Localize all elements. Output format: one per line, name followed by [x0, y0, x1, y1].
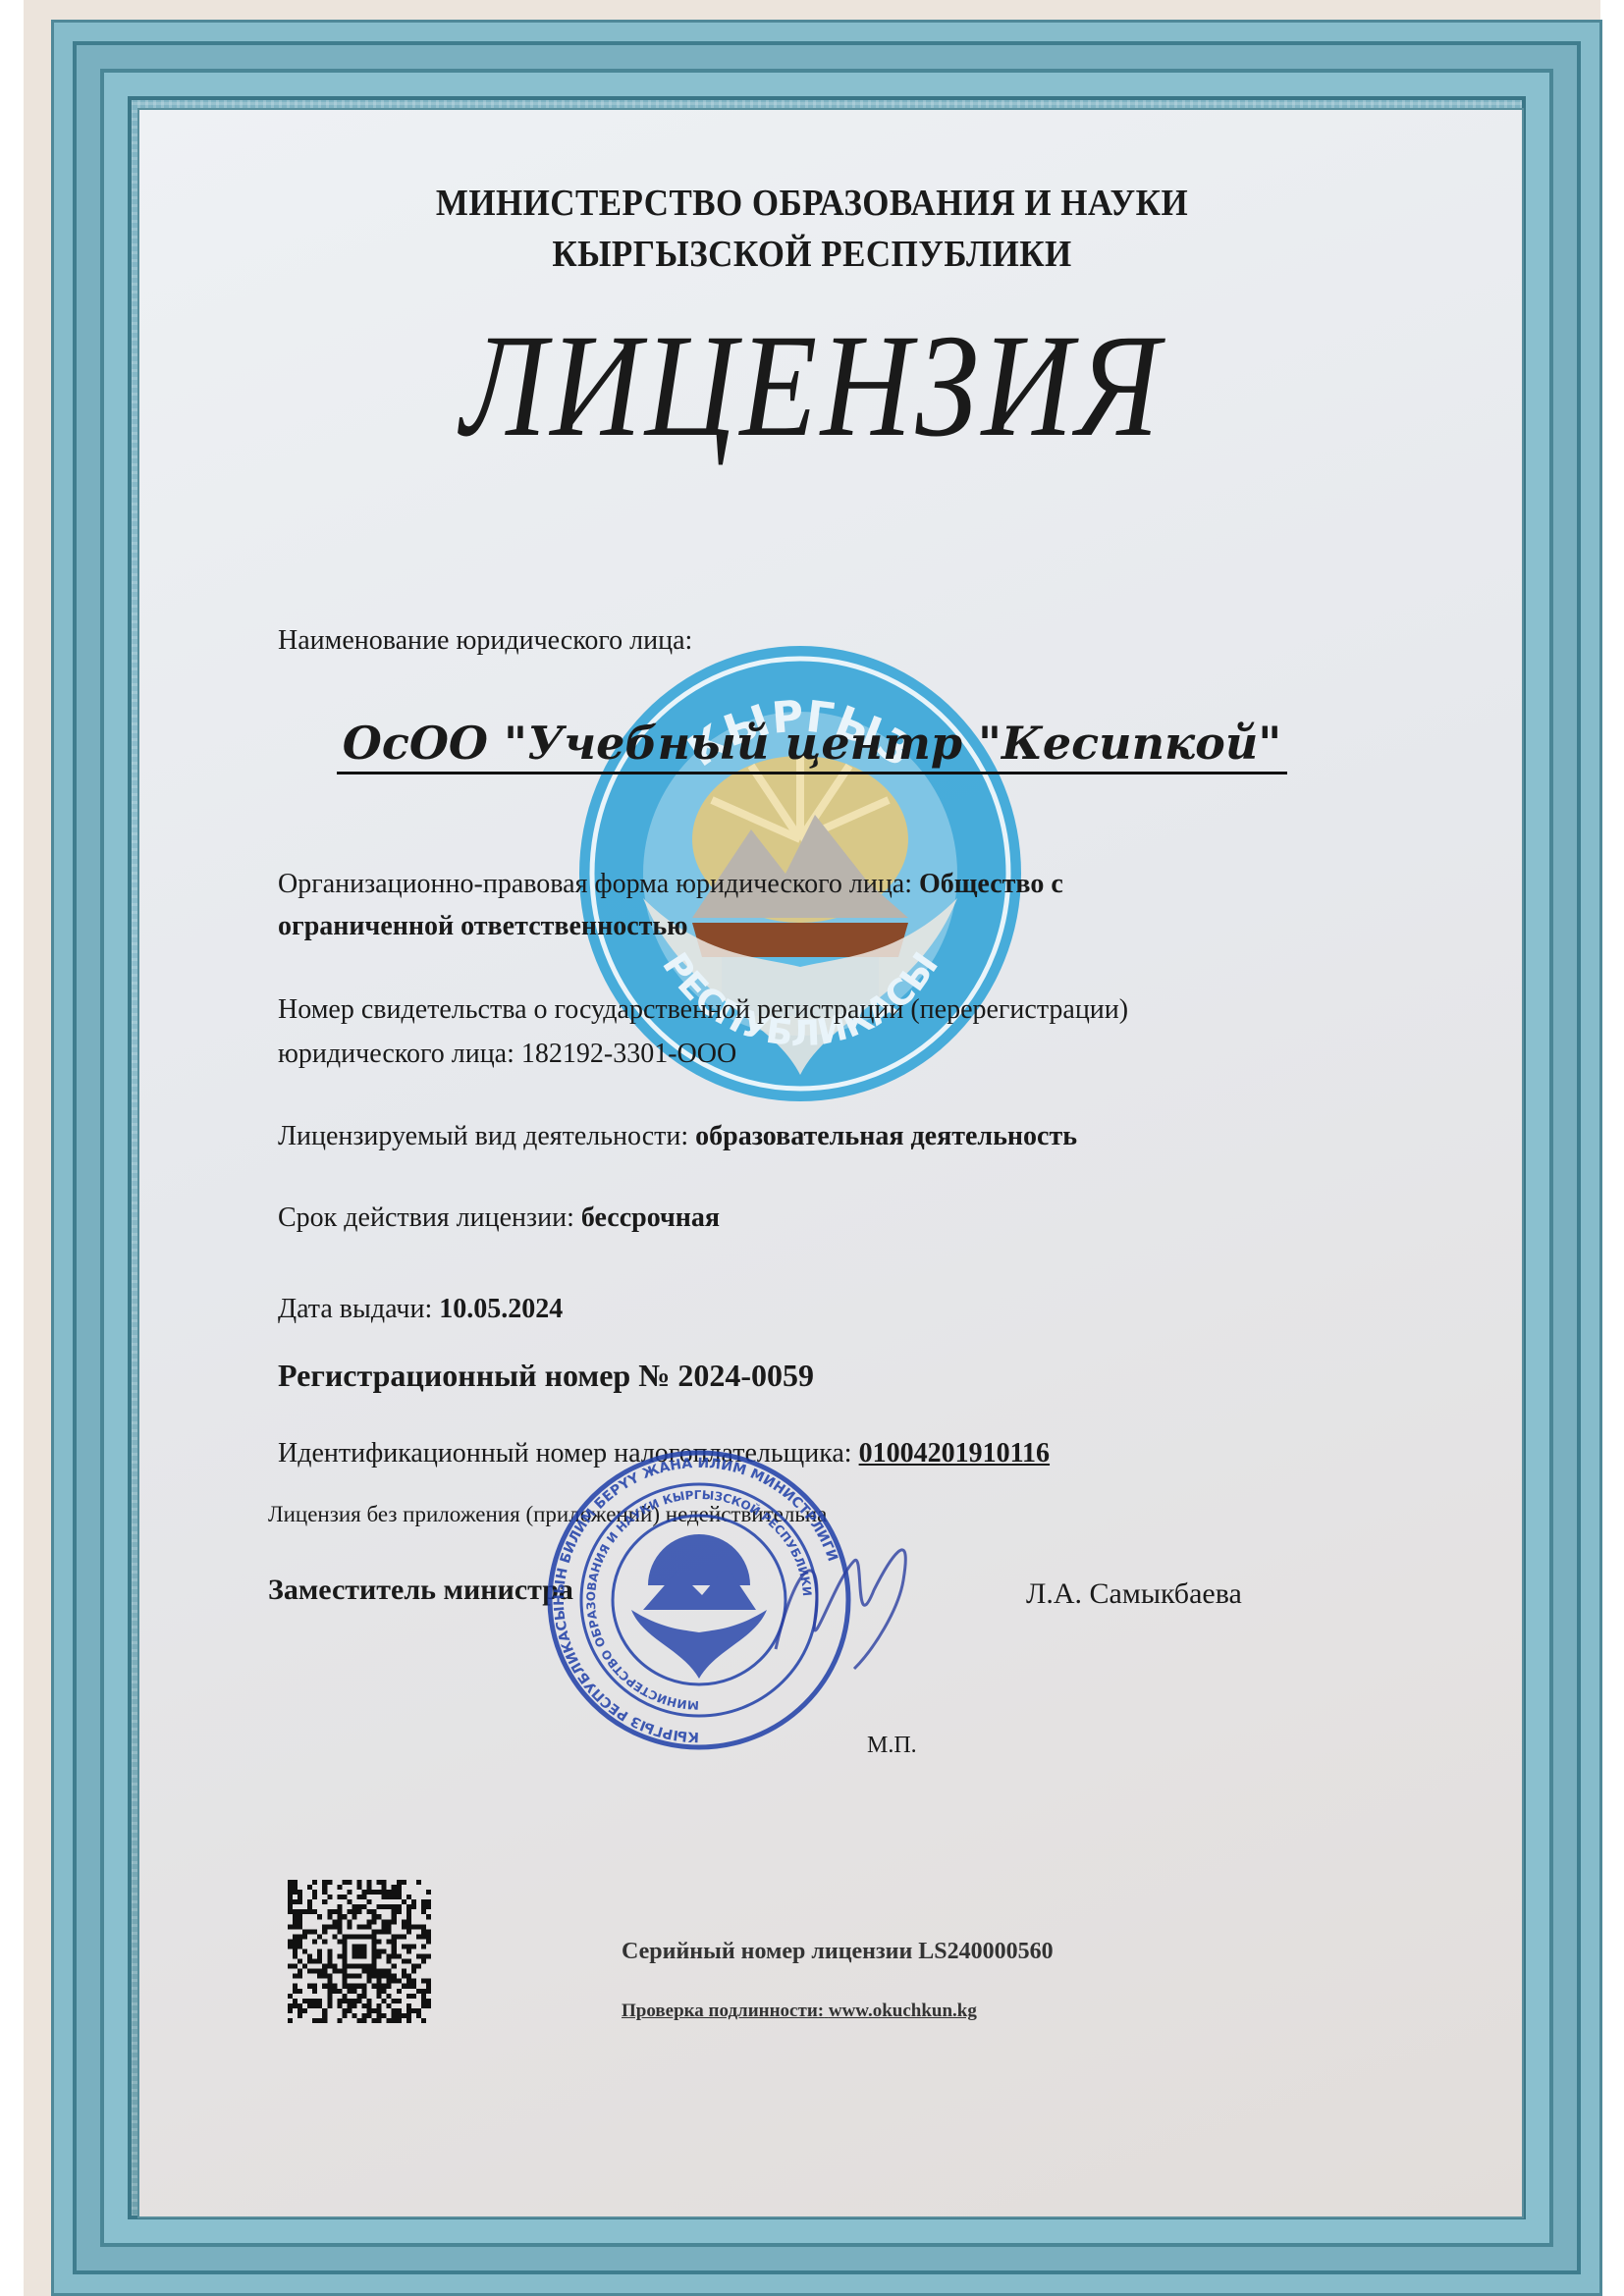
qr-code-icon[interactable]	[288, 1880, 431, 2023]
signatory-name: Л.А. Самыкбаева	[1026, 1577, 1242, 1611]
activity-row: Лицензируемый вид деятельности: образова…	[278, 1121, 1077, 1152]
signatory-position: Заместитель министра	[268, 1574, 573, 1607]
validity-value: бессрочная	[581, 1202, 720, 1233]
validity-label: Срок действия лицензии:	[278, 1202, 574, 1233]
stamp-place-label: М.П.	[867, 1733, 917, 1759]
registration-cert-row: юридического лица: 182192-3301-ООО	[278, 1039, 736, 1070]
issue-date-value: 10.05.2024	[439, 1294, 563, 1324]
serial-value: LS240000560	[918, 1939, 1053, 1964]
legal-form-value: Общество с	[919, 869, 1063, 899]
issue-date-label: Дата выдачи:	[278, 1294, 432, 1324]
registration-cert-value: 182192-3301-ООО	[521, 1039, 736, 1069]
legal-form-row: Организационно-правовая форма юридическо…	[278, 869, 1063, 900]
document-title: ЛИЦЕНЗИЯ	[114, 312, 1510, 459]
verify-link[interactable]: www.okuchkun.kg	[829, 2001, 977, 2021]
serial-row: Серийный номер лицензии LS240000560	[622, 1939, 1054, 1965]
legal-form-label: Организационно-правовая форма юридическо…	[278, 869, 912, 899]
reg-number-label: Регистрационный номер №	[278, 1358, 670, 1393]
activity-value: образовательная деятельность	[695, 1121, 1077, 1151]
ministry-name-line2: КЫРГЫЗСКОЙ РЕСПУБЛИКИ	[65, 233, 1559, 276]
verify-label: Проверка подлинности:	[622, 2001, 824, 2021]
serial-label: Серийный номер лицензии	[622, 1939, 912, 1964]
entity-name-value: ОсОО "Учебный центр "Кесипкой"	[0, 717, 1624, 770]
legal-form-value-cont: ограниченной ответственностью	[278, 911, 688, 942]
verify-row: Проверка подлинности: www.okuchkun.kg	[622, 2001, 977, 2022]
reg-number-row: Регистрационный номер № 2024-0059	[278, 1358, 814, 1394]
entity-name-label: Наименование юридического лица:	[278, 625, 692, 657]
issue-date-row: Дата выдачи: 10.05.2024	[278, 1294, 563, 1325]
validity-row: Срок действия лицензии: бессрочная	[278, 1202, 720, 1234]
signature-icon	[756, 1502, 952, 1698]
ministry-name-line1: МИНИСТЕРСТВО ОБРАЗОВАНИЯ И НАУКИ	[65, 182, 1559, 225]
registration-cert-label: Номер свидетельства о государственной ре…	[278, 994, 1128, 1026]
tax-id-value: 01004201910116	[859, 1438, 1050, 1468]
activity-label: Лицензируемый вид деятельности:	[278, 1121, 688, 1151]
registration-cert-label-cont: юридического лица:	[278, 1039, 514, 1069]
reg-number-value: 2024-0059	[677, 1358, 814, 1393]
